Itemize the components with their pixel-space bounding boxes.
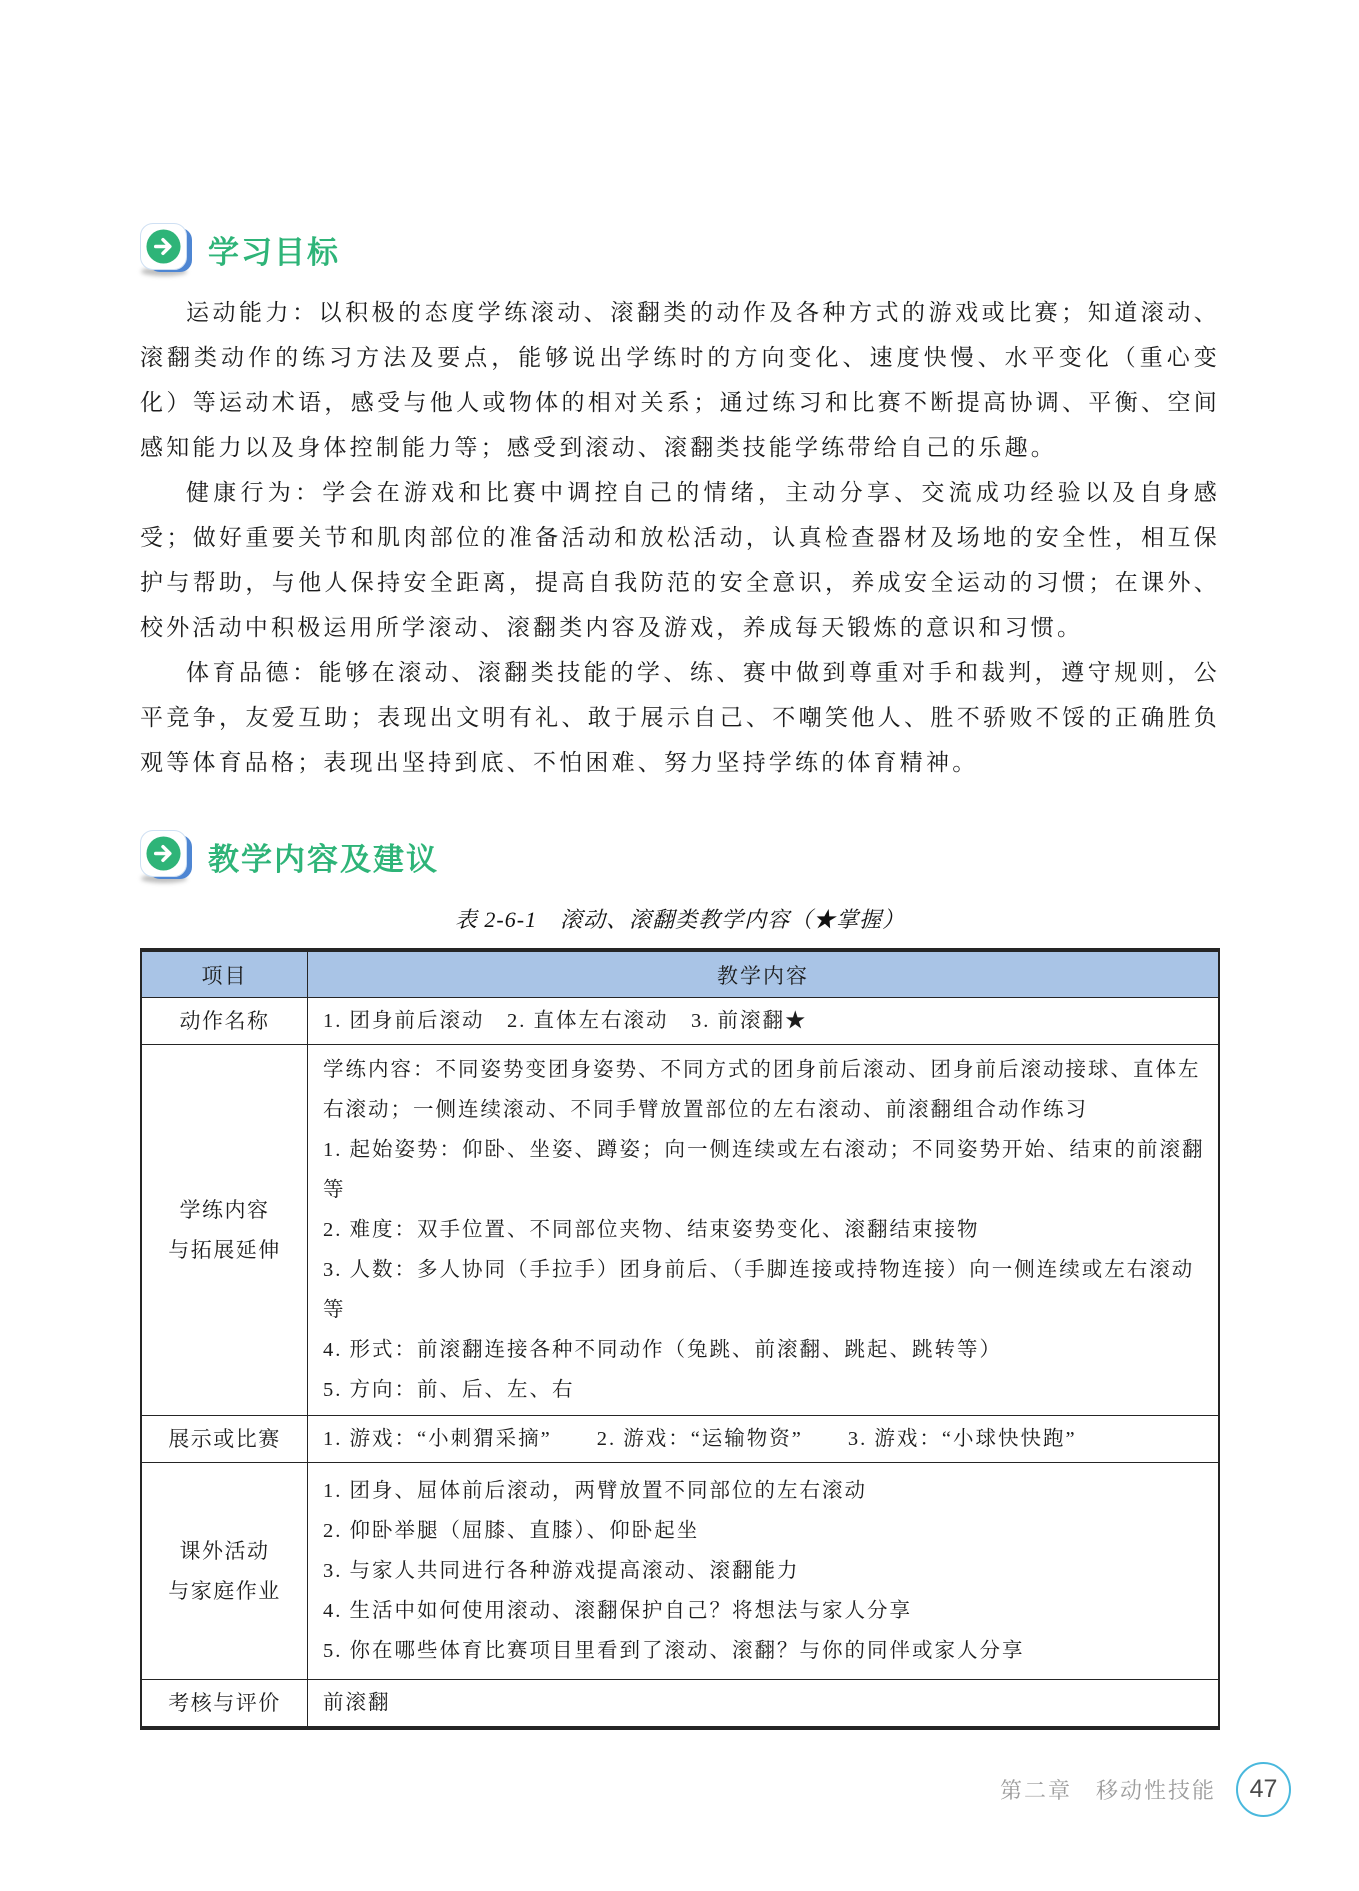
table-row-assessment: 考核与评价 前滚翻 [142, 1680, 1219, 1727]
row-content: 1. 团身前后滚动 2. 直体左右滚动 3. 前滚翻★ [308, 998, 1219, 1045]
table-row-practice-content: 学练内容 与拓展延伸 学练内容：不同姿势变团身姿势、不同方式的团身前后滚动、团身… [142, 1045, 1219, 1416]
badge-tile [140, 830, 187, 877]
header-cell-teaching-content: 教学内容 [308, 952, 1219, 998]
table-row-homework: 课外活动 与家庭作业 1. 团身、屈体前后滚动，两臂放置不同部位的左右滚动 2.… [142, 1463, 1219, 1680]
badge-tile [140, 223, 187, 270]
paragraph-motor-ability: 运动能力：以积极的态度学练滚动、滚翻类的动作及各种方式的游戏或比赛；知道滚动、滚… [140, 290, 1220, 470]
row-label: 学练内容 与拓展延伸 [142, 1045, 308, 1416]
row-label: 展示或比赛 [142, 1416, 308, 1463]
row-content: 学练内容：不同姿势变团身姿势、不同方式的团身前后滚动、团身前后滚动接球、直体左右… [308, 1045, 1219, 1416]
row-label: 考核与评价 [142, 1680, 308, 1727]
paragraph-sports-morality: 体育品德：能够在滚动、滚翻类技能的学、练、赛中做到尊重对手和裁判，遵守规则，公平… [140, 650, 1220, 785]
section-title-teaching: 教学内容及建议 [208, 834, 439, 879]
page-number-badge: 47 [1236, 1762, 1291, 1817]
textbook-page: 学习目标 运动能力：以积极的态度学练滚动、滚翻类的动作及各种方式的游戏或比赛；知… [0, 0, 1359, 1891]
row-content: 前滚翻 [308, 1680, 1219, 1727]
arrow-right-icon [145, 835, 182, 872]
section-teaching-heading-row: 教学内容及建议 [140, 829, 1220, 883]
section-objectives-heading-row: 学习目标 [140, 222, 1220, 276]
section-title-objectives: 学习目标 [208, 227, 340, 272]
row-content: 1. 游戏：“小刺猬采摘” 2. 游戏：“运输物资” 3. 游戏：“小球快快跑” [308, 1416, 1219, 1463]
teaching-content-table: 项目 教学内容 动作名称 1. 团身前后滚动 2. 直体左右滚动 3. 前滚翻★ [141, 951, 1219, 1727]
row-content: 1. 团身、屈体前后滚动，两臂放置不同部位的左右滚动 2. 仰卧举腿（屈膝、直膝… [308, 1463, 1219, 1680]
teaching-content-table-wrap: 项目 教学内容 动作名称 1. 团身前后滚动 2. 直体左右滚动 3. 前滚翻★ [140, 948, 1220, 1730]
table-header-row: 项目 教学内容 [142, 952, 1219, 998]
page-footer: 第二章 移动性技能 47 [1000, 1762, 1291, 1817]
header-cell-project: 项目 [142, 952, 308, 998]
table-row-show-or-compete: 展示或比赛 1. 游戏：“小刺猬采摘” 2. 游戏：“运输物资” 3. 游戏：“… [142, 1416, 1219, 1463]
row-label: 课外活动 与家庭作业 [142, 1463, 308, 1680]
objectives-body: 运动能力：以积极的态度学练滚动、滚翻类的动作及各种方式的游戏或比赛；知道滚动、滚… [140, 290, 1220, 785]
row-label: 动作名称 [142, 998, 308, 1045]
paragraph-health-behavior: 健康行为：学会在游戏和比赛中调控自己的情绪，主动分享、交流成功经验以及自身感受；… [140, 470, 1220, 650]
page-content: 学习目标 运动能力：以积极的态度学练滚动、滚翻类的动作及各种方式的游戏或比赛；知… [140, 0, 1220, 1730]
table-caption: 表 2-6-1 滚动、滚翻类教学内容（★掌握） [140, 903, 1220, 934]
arrow-right-icon [145, 228, 182, 265]
footer-chapter-title: 第二章 移动性技能 [1000, 1774, 1216, 1805]
arrow-right-badge-icon [140, 829, 194, 883]
table-row-action-names: 动作名称 1. 团身前后滚动 2. 直体左右滚动 3. 前滚翻★ [142, 998, 1219, 1045]
arrow-right-badge-icon [140, 222, 194, 276]
